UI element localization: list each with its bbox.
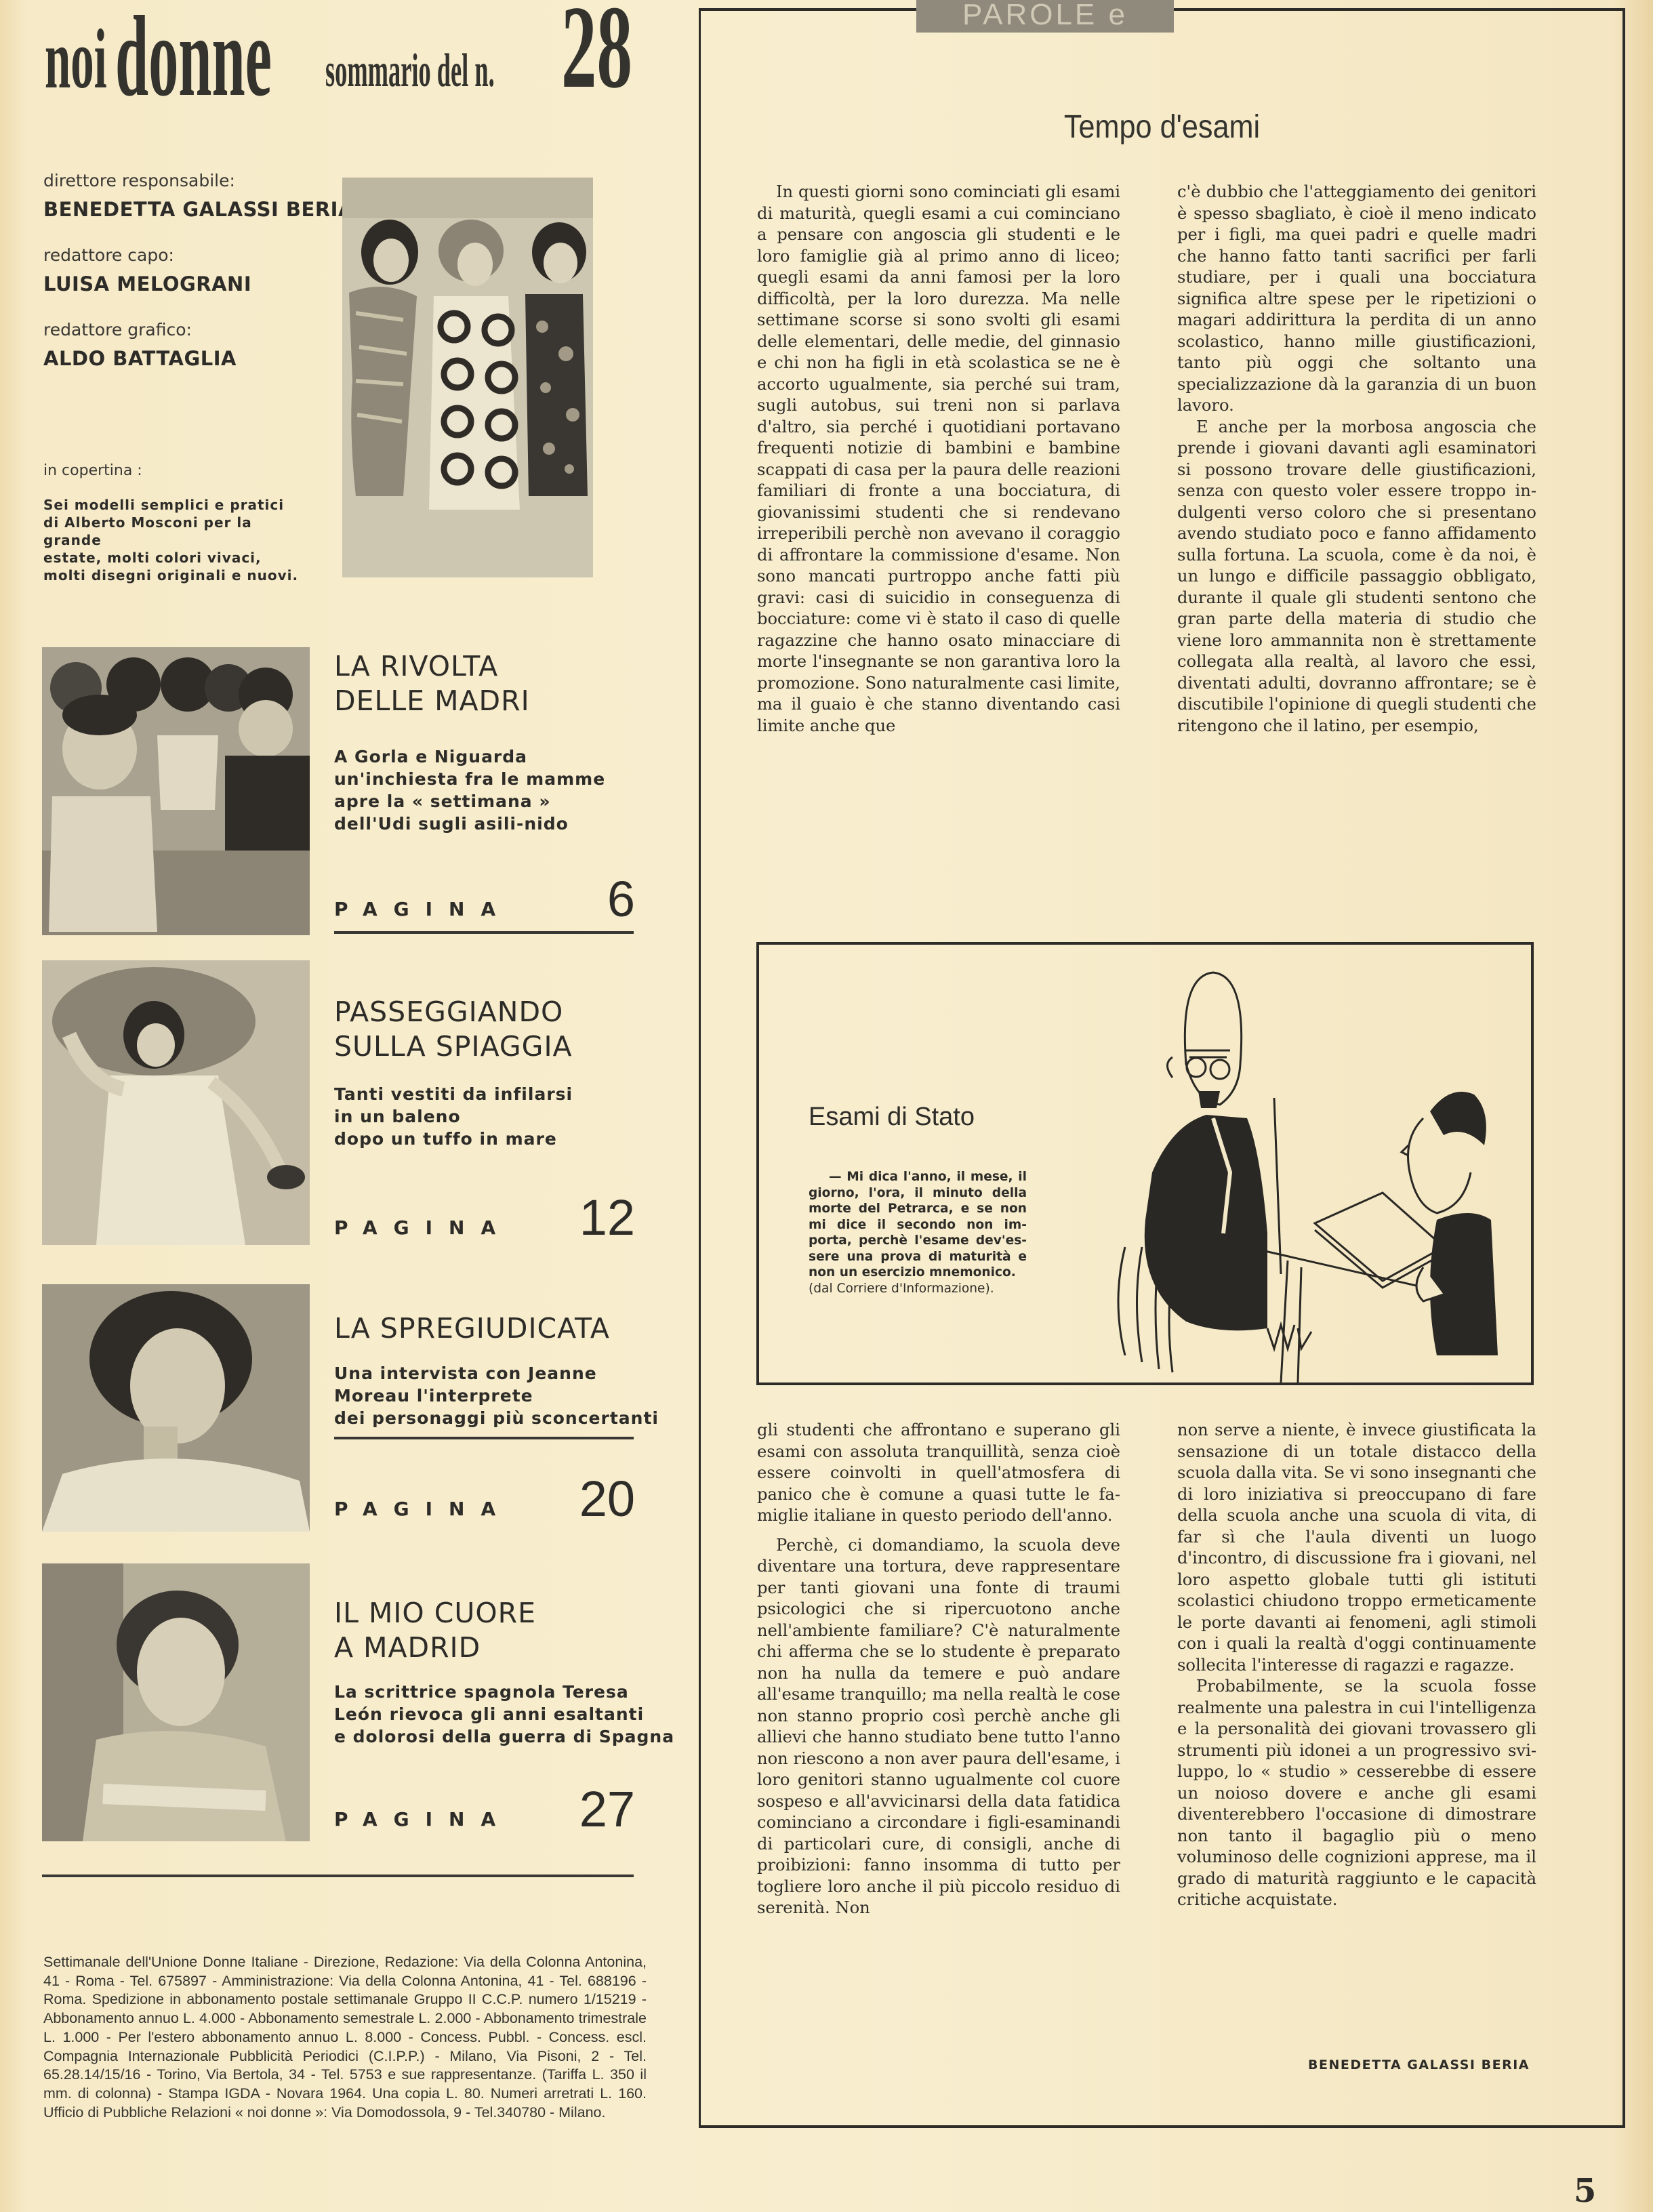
toc-desc-line: Tanti vestiti da infilarsi: [334, 1083, 573, 1105]
toc-description: Una intervista con Jeanne Moreau l'inter…: [334, 1362, 659, 1429]
divider: [334, 931, 634, 934]
toc-desc-line: Una intervista con Jeanne: [334, 1362, 659, 1385]
toc-description: A Gorla e Niguarda un'inchiesta fra le m…: [334, 745, 605, 835]
toc-desc-line: León rievoca gli anni esaltanti: [334, 1703, 674, 1725]
toc-title-line: A MADRID: [334, 1631, 536, 1665]
toc-desc-line: La scrittrice spagnola Teresa: [334, 1681, 674, 1703]
toc-desc-line: apre la « settimana »: [334, 790, 605, 813]
article-column-1-top: In questi giorni sono cominciati gli esa…: [757, 182, 1120, 737]
frame-border-bottom: [699, 2125, 1625, 2128]
staff-role: redattore capo:: [43, 245, 174, 265]
paragraph: E anche per la morbosa ango­scia che pre…: [1177, 417, 1536, 737]
frame-border-top: [1142, 8, 1625, 11]
page-label: PAGINA: [334, 1498, 512, 1520]
article-column-2-top: c'è dubbio che l'atteggiamento dei genit…: [1177, 182, 1536, 737]
paragraph: gli studenti che affrontano e supe­rano …: [757, 1420, 1120, 1527]
toc-title[interactable]: LA RIVOLTA DELLE MADRI: [334, 649, 530, 718]
cartoon-title: Esami di Stato: [809, 1103, 975, 1132]
article-column-2-bottom: non serve a niente, è invece giu­stifica…: [1177, 1420, 1536, 1911]
toc-desc-line: dell'Udi sugli asili-nido: [334, 813, 605, 835]
frame-border-right: [1623, 8, 1625, 2127]
woman-sun-hat-photo: [42, 960, 310, 1245]
toc-title-line: LA RIVOLTA: [334, 649, 530, 684]
toc-desc-line: Moreau l'interprete: [334, 1385, 659, 1407]
cartoon-illustration: [1084, 949, 1525, 1382]
issue-number: 28: [561, 0, 632, 106]
page-number-link[interactable]: 6: [499, 874, 635, 924]
page-label: PAGINA: [334, 1216, 512, 1239]
paragraph: non serve a niente, è invece giu­stifica…: [1177, 1420, 1536, 1676]
cartoon-quote-text: — Mi dica l'anno, il mese, il giorno, l'…: [809, 1169, 1027, 1281]
toc-desc-line: dei personaggi più sconcertanti: [334, 1407, 659, 1429]
toc-desc-line: dopo un tuffo in mare: [334, 1128, 573, 1150]
masthead-logo-noi: noi: [45, 18, 107, 102]
cover-models-photo: [342, 178, 593, 577]
cover-label: in copertina :: [43, 462, 142, 479]
paragraph: Perchè, ci domandiamo, la scuo­la deve d…: [757, 1535, 1120, 1919]
page-number-link[interactable]: 20: [499, 1474, 635, 1524]
teresa-leon-photo: [42, 1563, 310, 1841]
toc-desc-line: A Gorla e Niguarda: [334, 745, 605, 768]
article-title: Tempo d'esami: [745, 108, 1578, 146]
cover-line: molti disegni originali e nuovi.: [43, 567, 314, 584]
cover-line: Sei modelli semplici e pratici: [43, 496, 314, 514]
page-label: PAGINA: [334, 1808, 512, 1830]
frame-border-top: [699, 8, 943, 11]
staff-name: ALDO BATTAGLIA: [43, 347, 237, 370]
children-group-photo: [42, 647, 310, 935]
toc-title-line: DELLE MADRI: [334, 684, 530, 718]
section-tag: PAROLE e FATTI: [916, 0, 1174, 33]
masthead-logo-donne: donne: [115, 0, 272, 114]
toc-description: Tanti vestiti da infilarsi in un baleno …: [334, 1083, 573, 1150]
cover-line: estate, molti colori vivaci,: [43, 549, 314, 567]
author-signature: BENEDETTA GALASSI BERIA: [1308, 2057, 1530, 2072]
page-number-link[interactable]: 12: [499, 1193, 635, 1243]
article-column-1-bottom: gli studenti che affrontano e supe­rano …: [757, 1420, 1120, 1919]
staff-role: direttore responsabile:: [43, 171, 235, 190]
frame-border-left: [699, 8, 701, 2127]
toc-title[interactable]: LA SPREGIUDICATA: [334, 1311, 610, 1346]
toc-desc-line: e dolorosi della guerra di Spagna: [334, 1725, 674, 1748]
masthead-subtitle: sommario del n.: [325, 47, 495, 95]
toc-title-line: SULLA SPIAGGIA: [334, 1029, 573, 1064]
jeanne-moreau-photo: [42, 1284, 310, 1532]
toc-title[interactable]: IL MIO CUORE A MADRID: [334, 1596, 536, 1665]
page-number-link[interactable]: 27: [499, 1784, 635, 1835]
paragraph: c'è dubbio che l'atteggiamento dei genit…: [1177, 182, 1536, 417]
cartoon-source: (dal Corriere d'Informazione).: [809, 1281, 1027, 1297]
staff-name: LUISA MELOGRANI: [43, 272, 251, 295]
staff-role: redattore grafico:: [43, 320, 192, 340]
cover-line: di Alberto Mosconi per la grande: [43, 514, 314, 549]
imprint-divider: [42, 1875, 634, 1877]
divider: [334, 1437, 634, 1439]
toc-title-line: LA SPREGIUDICATA: [334, 1311, 610, 1346]
staff-name: BENEDETTA GALASSI BERIA: [43, 198, 354, 221]
toc-desc-line: in un baleno: [334, 1105, 573, 1128]
cover-description: Sei modelli semplici e pratici di Albert…: [43, 496, 314, 584]
page-number: 5: [1574, 2172, 1596, 2210]
toc-title-line: PASSEGGIANDO: [334, 995, 573, 1029]
page-label: PAGINA: [334, 898, 512, 920]
publication-imprint: Settimanale dell'Unione Donne Italiane -…: [43, 1953, 647, 2122]
toc-desc-line: un'inchiesta fra le mamme: [334, 768, 605, 790]
toc-title-line: IL MIO CUORE: [334, 1596, 536, 1631]
cartoon-caption: — Mi dica l'anno, il mese, il giorno, l'…: [809, 1169, 1027, 1296]
toc-description: La scrittrice spagnola Teresa León rievo…: [334, 1681, 674, 1748]
paragraph: Probabilmente, se la scuola fos­se realm…: [1177, 1676, 1536, 1911]
toc-title[interactable]: PASSEGGIANDO SULLA SPIAGGIA: [334, 995, 573, 1064]
paragraph: In questi giorni sono cominciati gli esa…: [757, 182, 1120, 737]
